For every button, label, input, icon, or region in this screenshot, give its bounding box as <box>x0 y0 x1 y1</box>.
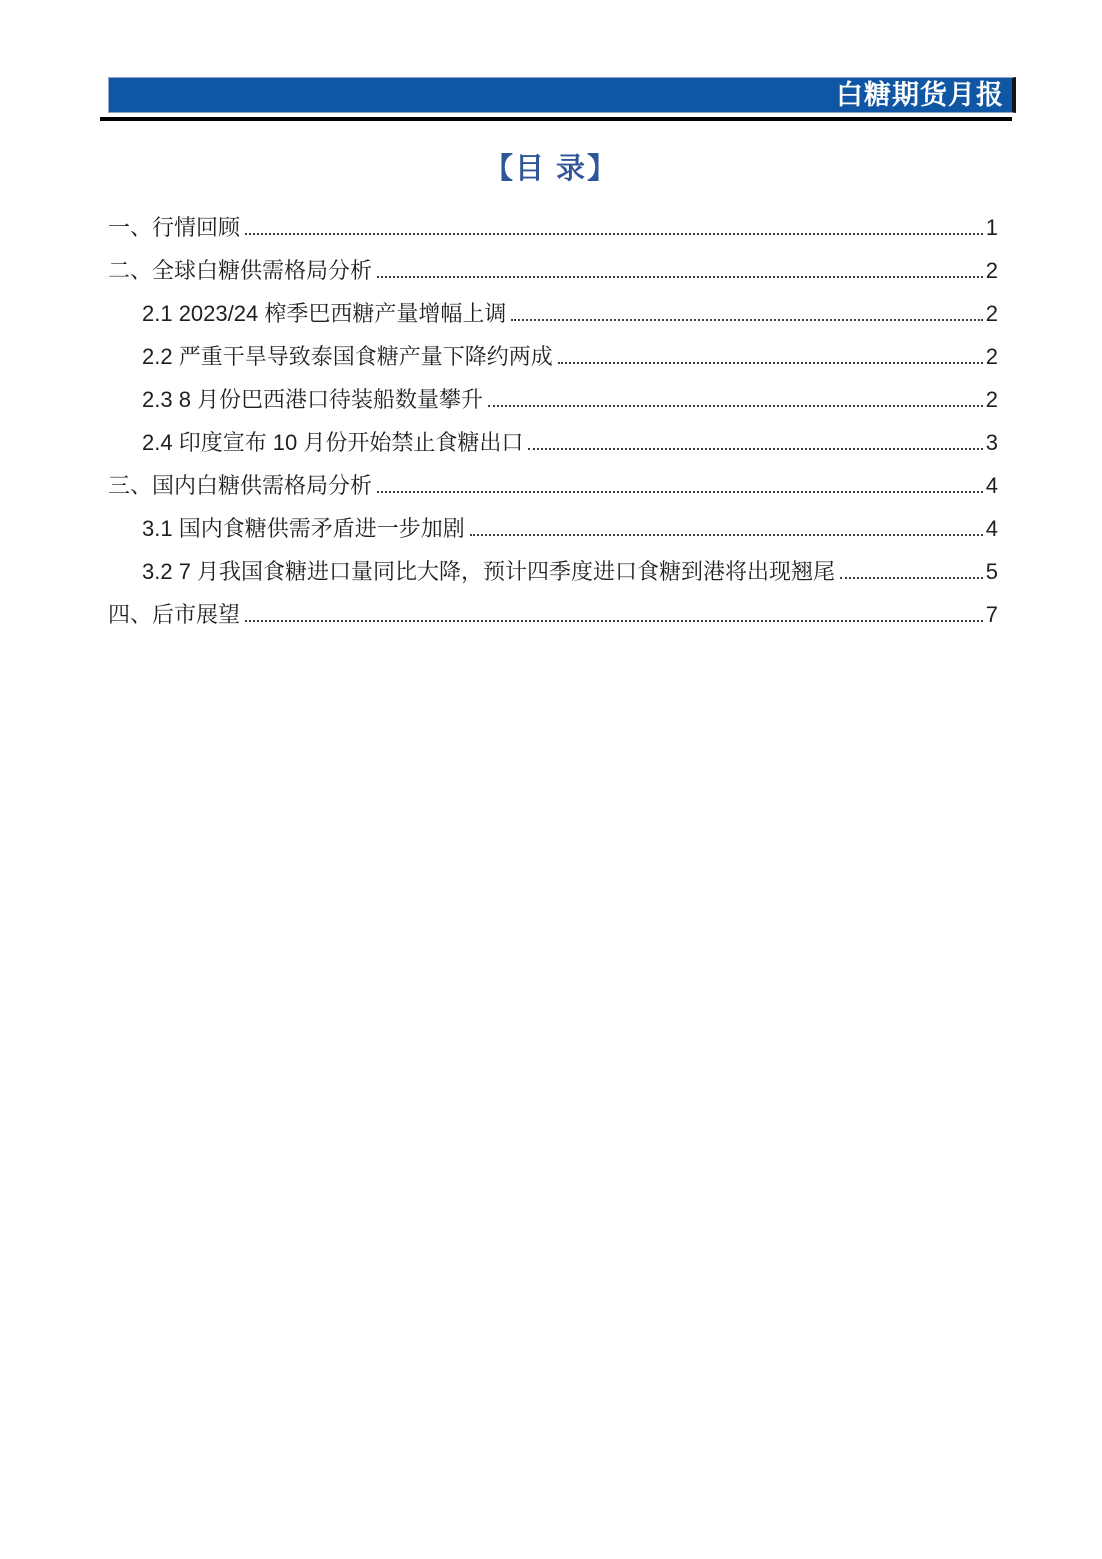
toc-page-number: 5 <box>986 559 998 585</box>
toc-entry-2-2[interactable]: 2.2 严重干旱导致泰国食糖产量下降约两成 2 <box>108 340 998 367</box>
document-page: 白糖期货月报 【目 录】 一、行情回顾 1 二、全球白糖供需格局分析 2 2.1… <box>0 0 1102 1559</box>
toc-entry-2-1[interactable]: 2.1 2023/24 榨季巴西糖产量增幅上调 2 <box>108 297 998 324</box>
toc-page-number: 2 <box>986 301 998 327</box>
toc-dot-leader <box>840 577 983 579</box>
toc-dot-leader <box>377 276 983 278</box>
toc-dot-leader <box>377 491 983 493</box>
toc-dot-leader <box>528 448 982 450</box>
toc-page-number: 2 <box>986 387 998 413</box>
toc-entry-2[interactable]: 二、全球白糖供需格局分析 2 <box>108 254 998 281</box>
toc-entry-3-2[interactable]: 3.2 7 月我国食糖进口量同比大降，预计四季度进口食糖到港将出现翘尾 5 <box>108 555 998 582</box>
toc-entry-2-3[interactable]: 2.3 8 月份巴西港口待装船数量攀升 2 <box>108 383 998 410</box>
toc-entry-label: 2.2 严重干旱导致泰国食糖产量下降约两成 <box>142 340 553 371</box>
toc-entry-label: 2.4 印度宣布 10 月份开始禁止食糖出口 <box>142 426 523 457</box>
table-of-contents: 一、行情回顾 1 二、全球白糖供需格局分析 2 2.1 2023/24 榨季巴西… <box>108 211 998 641</box>
toc-dot-leader <box>245 233 983 235</box>
header-divider <box>100 117 1012 121</box>
toc-entry-2-4[interactable]: 2.4 印度宣布 10 月份开始禁止食糖出口 3 <box>108 426 998 453</box>
toc-page-number: 4 <box>986 473 998 499</box>
toc-entry-label: 3.1 国内食糖供需矛盾进一步加剧 <box>142 512 465 543</box>
toc-page-number: 2 <box>986 344 998 370</box>
toc-entry-label: 四、后市展望 <box>108 598 240 629</box>
toc-entry-1[interactable]: 一、行情回顾 1 <box>108 211 998 238</box>
toc-entry-3[interactable]: 三、国内白糖供需格局分析 4 <box>108 469 998 496</box>
report-header-banner: 白糖期货月报 <box>108 77 1016 113</box>
toc-entry-label: 2.3 8 月份巴西港口待装船数量攀升 <box>142 383 483 414</box>
toc-entry-label: 一、行情回顾 <box>108 211 240 242</box>
toc-dot-leader <box>511 319 982 321</box>
toc-page-number: 2 <box>986 258 998 284</box>
toc-entry-label: 二、全球白糖供需格局分析 <box>108 254 372 285</box>
toc-page-number: 1 <box>986 215 998 241</box>
toc-dot-leader <box>488 405 983 407</box>
toc-entry-label: 2.1 2023/24 榨季巴西糖产量增幅上调 <box>142 297 506 328</box>
toc-page-number: 7 <box>986 602 998 628</box>
toc-dot-leader <box>470 534 983 536</box>
report-title: 白糖期货月报 <box>836 77 1012 113</box>
toc-dot-leader <box>245 620 983 622</box>
toc-entry-3-1[interactable]: 3.1 国内食糖供需矛盾进一步加剧 4 <box>108 512 998 539</box>
toc-entry-label: 3.2 7 月我国食糖进口量同比大降，预计四季度进口食糖到港将出现翘尾 <box>142 555 835 586</box>
toc-entry-4[interactable]: 四、后市展望 7 <box>108 598 998 625</box>
toc-dot-leader <box>558 362 983 364</box>
toc-page-number: 4 <box>986 516 998 542</box>
toc-entry-label: 三、国内白糖供需格局分析 <box>108 469 372 500</box>
toc-page-number: 3 <box>986 430 998 456</box>
toc-heading: 【目 录】 <box>0 146 1102 187</box>
